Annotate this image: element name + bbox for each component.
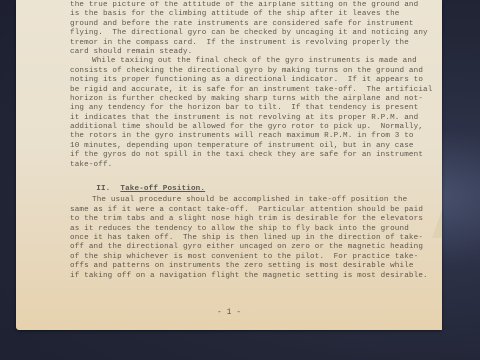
typewritten-page: the true picture of the attitude of the … (16, 0, 442, 330)
section-heading: II.Take-off Position. (68, 176, 430, 185)
text-line: the true picture of the attitude of the … (70, 1, 430, 10)
text-line: once it has taken off. The ship is then … (70, 234, 430, 243)
text-line: it indicates that the instrument is not … (70, 114, 430, 123)
text-line: take-off. (70, 161, 430, 170)
text-line: horizon is further checked by making sha… (70, 95, 430, 104)
text-line: the rotors in the gyro instruments will … (70, 132, 430, 141)
text-line: to the trim tabs and a slight nose high … (70, 215, 430, 224)
page-body: the true picture of the attitude of the … (70, 1, 430, 281)
text-line: 10 minutes, depending upon temperature o… (70, 142, 430, 151)
text-line: consists of checking the directional gyr… (70, 67, 430, 76)
text-line: same as if it were a contact take-off. P… (70, 206, 430, 215)
text-line: if taking off on a navigation flight the… (70, 272, 430, 281)
text-line: ing any tendency for the horizon bar to … (70, 104, 430, 113)
paragraph-first-line: While taxiing out the final check of the… (70, 57, 430, 66)
text-line: if the gyros do not spill in the taxi ch… (70, 151, 430, 160)
section-number: II. (96, 185, 110, 193)
text-line: be rigid and accurate, it is safe for an… (70, 86, 430, 95)
text-line: offs and patterns on instruments the zer… (70, 262, 430, 271)
text-line: as it reduces the tendency to allow the … (70, 225, 430, 234)
text-line: off and the directional gyro either unca… (70, 243, 430, 252)
text-line: noting its proper functioning as a direc… (70, 76, 430, 85)
text-line: flying. The directional gyro can be chec… (70, 29, 430, 38)
text-line: additional time should be allowed for th… (70, 123, 430, 132)
text-line: is the basis for the climbing attitude o… (70, 10, 430, 19)
page-number: - 1 - (16, 308, 442, 317)
text-line: ground and before the rate instruments a… (70, 20, 430, 29)
text-line: card should remain steady. (70, 48, 430, 57)
section-title: Take-off Position. (120, 185, 205, 193)
paragraph-first-line: The usual procedure should be accomplish… (70, 196, 430, 205)
text-line: of the ship whichever is most convenient… (70, 253, 430, 262)
text-line: tremor in the compass card. If the instr… (70, 39, 430, 48)
